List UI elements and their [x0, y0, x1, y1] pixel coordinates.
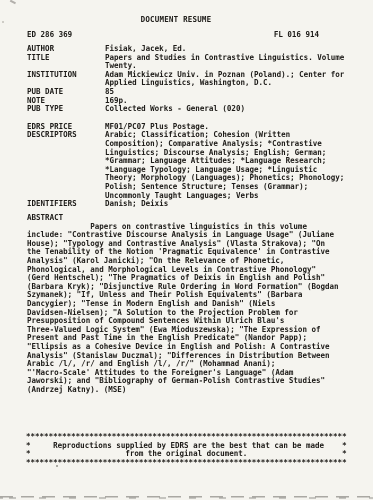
document-page: DOCUMENT RESUME ED 286 369 FL 016 914 AU…: [0, 0, 373, 500]
field-label: TITLE: [27, 54, 105, 63]
field-label: PUB TYPE: [27, 105, 105, 114]
scan-artifact-speck: [56, 465, 58, 467]
metadata-fields: AUTHORFisiak, Jacek, Ed.TITLEPapers and …: [27, 45, 357, 209]
field-value: Danish; Deixis: [105, 200, 168, 209]
abstract-text: Papers on contrastive linguistics in thi…: [27, 223, 357, 395]
field-row: DESCRIPTORSArabic; Classification; Cohes…: [27, 131, 357, 200]
ed-number: ED 286 369: [27, 31, 72, 40]
field-label: IDENTIFIERS: [27, 200, 105, 209]
field-value: Arabic; Classification; Cohesion (Writte…: [105, 131, 344, 200]
field-row: PUB TYPECollected Works - General (020): [27, 105, 357, 114]
scan-artifact-dot: [2, 21, 4, 23]
edrs-reproduction-notice: ****************************************…: [26, 433, 356, 467]
field-row: TITLEPapers and Studies in Contrastive L…: [27, 54, 357, 71]
field-row: INSTITUTIONAdam Mickiewicz Univ. in Pozn…: [27, 71, 357, 88]
document-resume-heading: DOCUMENT RESUME: [0, 16, 352, 25]
field-label: DESCRIPTORS: [27, 131, 105, 140]
abstract-section: ABSTRACT Papers on contrastive linguisti…: [27, 214, 357, 394]
fl-number: FL 016 914: [274, 31, 319, 40]
scan-edge-band: [0, 496, 373, 499]
field-row: PUB DATE85: [27, 88, 357, 97]
field-value: Papers and Studies in Contrastive Lingui…: [105, 54, 344, 71]
scan-artifact-tick: [10, 0, 16, 4]
field-label: INSTITUTION: [27, 71, 105, 80]
field-value: Collected Works - General (020): [105, 105, 245, 114]
id-row: ED 286 369 FL 016 914: [27, 31, 319, 40]
field-row: IDENTIFIERSDanish; Deixis: [27, 200, 357, 209]
field-value: Adam Mickiewicz Univ. in Poznan (Poland)…: [105, 71, 344, 88]
